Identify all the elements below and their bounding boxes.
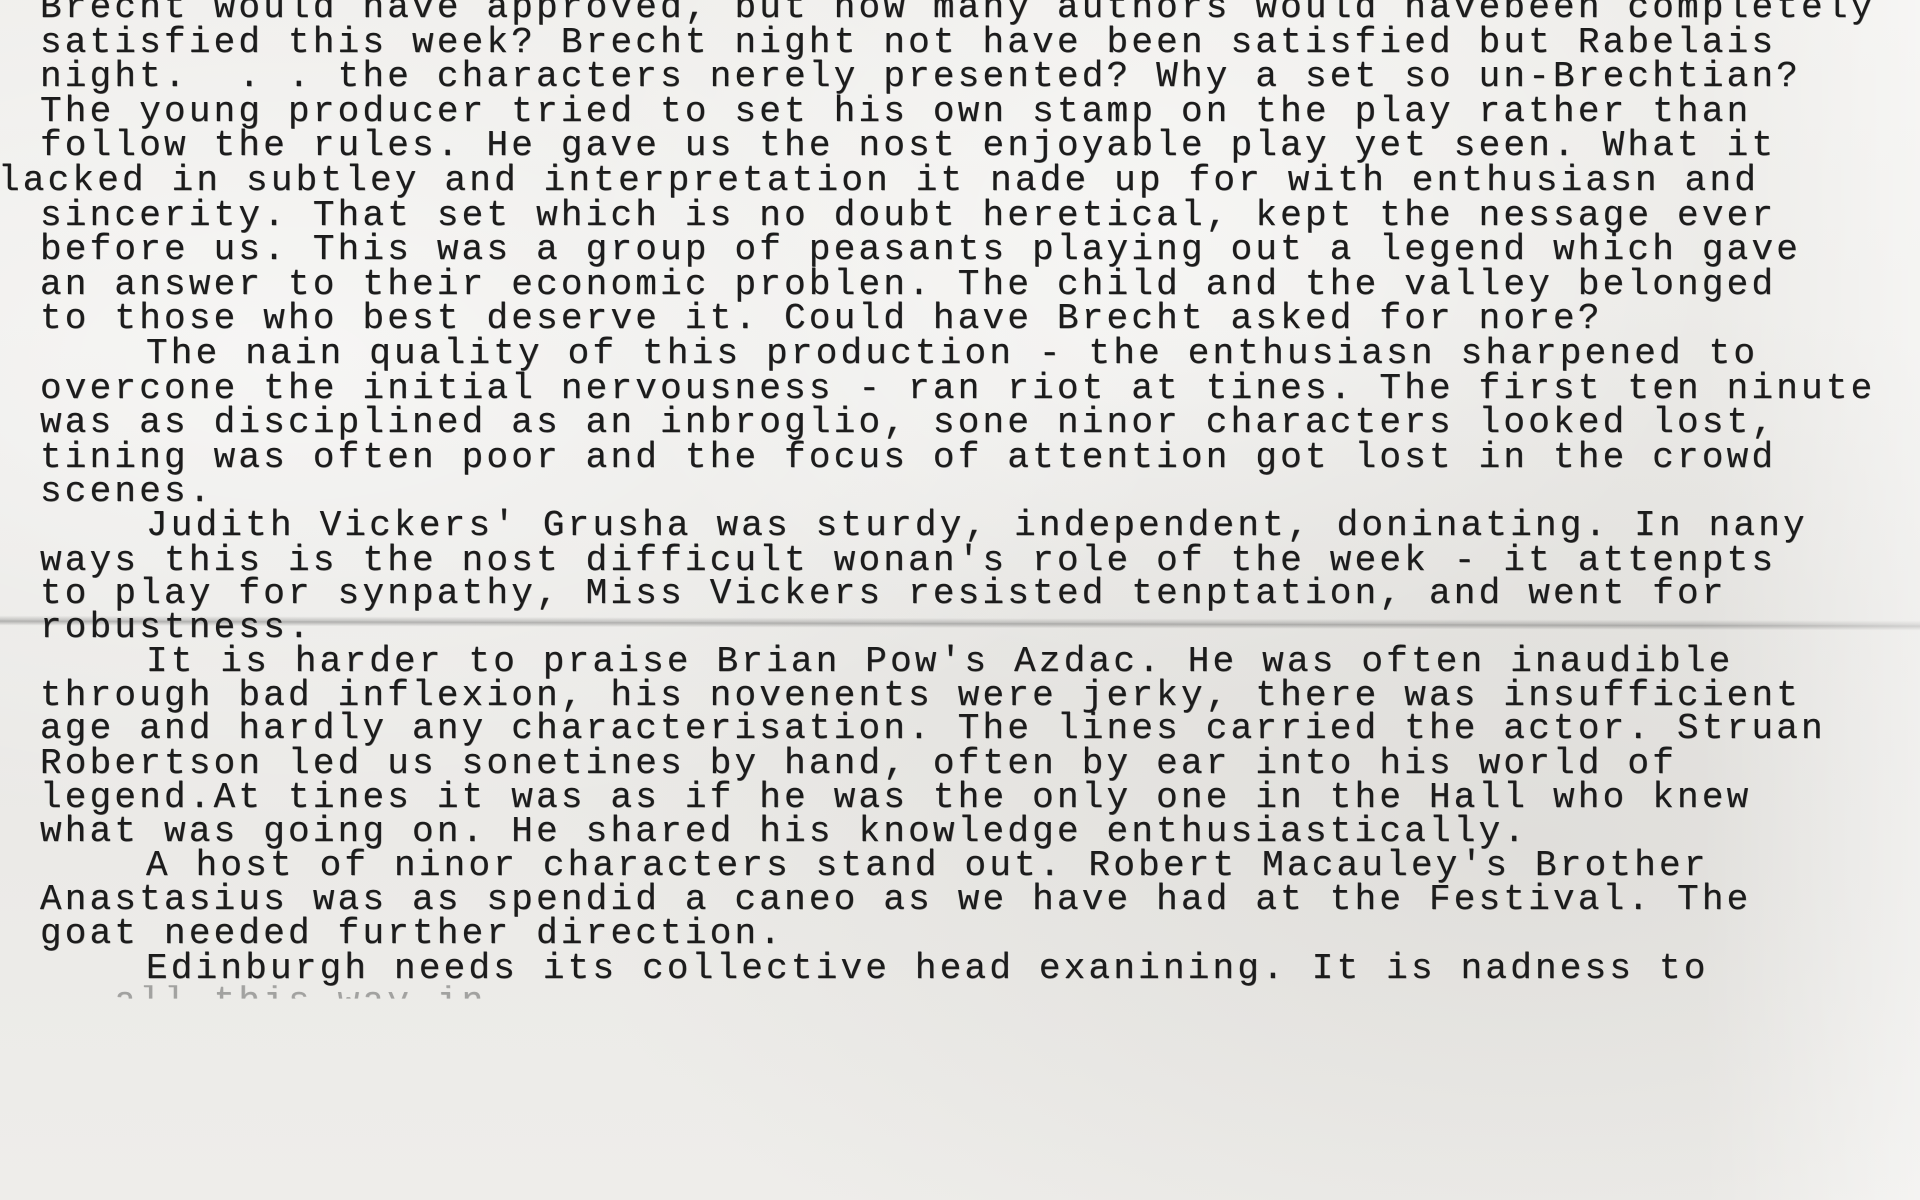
text-line: lacked in subtley and interpretation it … bbox=[0, 164, 1918, 198]
typewritten-body: Brecht would have approved, but how many… bbox=[0, 0, 1920, 1008]
text-line-indented: It is harder to praise Brian Pow's Azdac… bbox=[146, 645, 1920, 679]
text-line: what was going on. He shared his knowled… bbox=[40, 815, 1920, 849]
text-line: scenes. bbox=[40, 475, 1920, 509]
text-line: through bad inflexion, his novenents wer… bbox=[40, 679, 1920, 713]
text-line: goat needed further direction. bbox=[40, 917, 1920, 951]
text-line: before us. This was a group of peasants … bbox=[40, 233, 1920, 267]
text-line: tining was often poor and the focus of a… bbox=[40, 441, 1920, 475]
text-line-indented: Edinburgh needs its collective head exan… bbox=[146, 952, 1920, 986]
scanned-page: Brecht would have approved, but how many… bbox=[0, 0, 1920, 1200]
text-line: The young producer tried to set his own … bbox=[40, 95, 1920, 129]
text-line: age and hardly any characterisation. The… bbox=[40, 712, 1920, 746]
text-line: robustness. bbox=[40, 611, 1920, 645]
text-line: night. . . the characters nerely present… bbox=[40, 60, 1920, 94]
text-line: to those who best deserve it. Could have… bbox=[40, 302, 1920, 336]
text-line: Anastasius was as spendid a caneo as we … bbox=[40, 883, 1920, 917]
text-line: overcone the initial nervousness - ran r… bbox=[40, 372, 1920, 406]
text-line-truncated: ...all this way in... bbox=[40, 985, 1920, 1019]
text-line-indented: A host of ninor characters stand out. Ro… bbox=[146, 849, 1920, 883]
text-line: to play for synpathy, Miss Vickers resis… bbox=[40, 577, 1920, 611]
text-line: satisfied this week? Brecht night not ha… bbox=[40, 26, 1920, 60]
text-line: Robertson led us sonetines by hand, ofte… bbox=[40, 747, 1920, 781]
text-line-indented: Judith Vickers' Grusha was sturdy, indep… bbox=[146, 509, 1920, 543]
text-line: follow the rules. He gave us the nost en… bbox=[40, 129, 1920, 163]
text-line: was as disciplined as an inbroglio, sone… bbox=[40, 406, 1920, 440]
text-line: sincerity. That set which is no doubt he… bbox=[40, 199, 1920, 233]
text-line: Brecht would have approved, but how many… bbox=[40, 0, 1920, 25]
text-line: legend.At tines it was as if he was the … bbox=[40, 781, 1920, 815]
text-line-indented: The nain quality of this production - th… bbox=[146, 337, 1920, 371]
text-line: ways this is the nost difficult wonan's … bbox=[40, 544, 1920, 578]
text-line: an answer to their economic problen. The… bbox=[40, 268, 1920, 302]
